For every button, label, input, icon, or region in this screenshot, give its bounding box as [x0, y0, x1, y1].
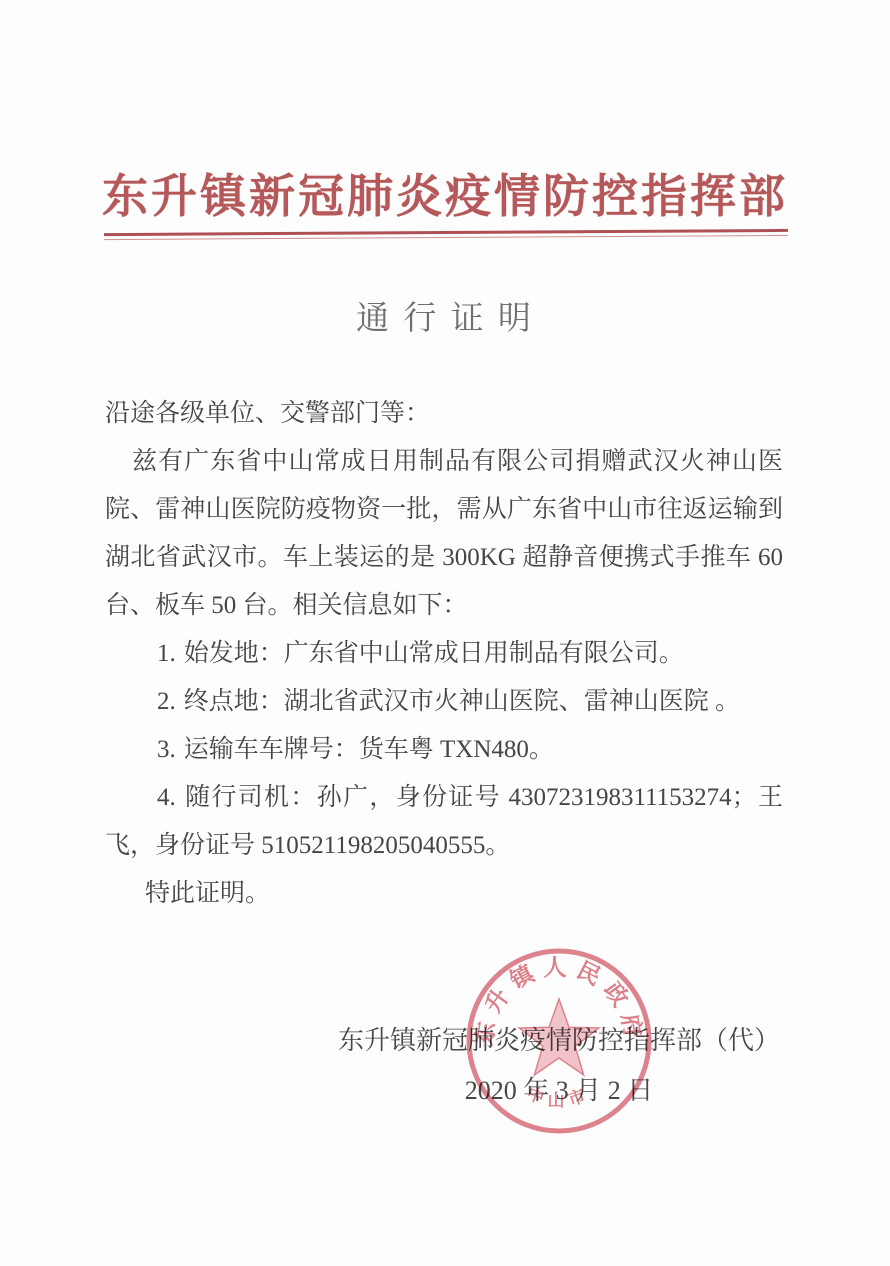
seal-graphic: 东升镇人民政府 中山市: [459, 941, 659, 1141]
item-text: 终点地：湖北省武汉市火神山医院、雷神山医院 。: [184, 688, 740, 715]
document-body: 沿途各级单位、交警部门等： 兹有广东省中山常成日用制品有限公司捐赠武汉火神山医院…: [105, 390, 783, 918]
list-item: 4.随行司机：孙广，身份证号 430723198311153274；王飞，身份证…: [105, 774, 783, 870]
salutation-line: 沿途各级单位、交警部门等：: [105, 390, 783, 438]
list-item: 2.终点地：湖北省武汉市火神山医院、雷神山医院 。: [105, 678, 783, 726]
item-number: 3.: [157, 736, 176, 763]
item-text: 随行司机：孙广，身份证号 430723198311153274；王飞，身份证号 …: [105, 784, 783, 859]
seal-bottom-text: 中山市: [524, 1083, 593, 1110]
star-icon: [519, 999, 599, 1075]
letterhead-title: 东升镇新冠肺炎疫情防控指挥部: [0, 160, 890, 226]
document-page: 东升镇新冠肺炎疫情防控指挥部 通 行 证 明 沿途各级单位、交警部门等： 兹有广…: [0, 0, 890, 1266]
item-text: 运输车车牌号：货车粤 TXN480。: [184, 736, 554, 763]
svg-text:中山市: 中山市: [524, 1083, 593, 1110]
official-seal: 东升镇人民政府 中山市: [459, 941, 659, 1141]
item-number: 1.: [157, 640, 176, 667]
item-number: 4.: [157, 784, 176, 811]
document-title: 通 行 证 明: [0, 292, 890, 339]
list-item: 3.运输车车牌号：货车粤 TXN480。: [105, 726, 783, 774]
item-number: 2.: [157, 688, 176, 715]
intro-paragraph: 兹有广东省中山常成日用制品有限公司捐赠武汉火神山医院、雷神山医院防疫物资一批，需…: [105, 438, 783, 630]
letterhead-rule: [104, 229, 788, 240]
item-text: 始发地：广东省中山常成日用制品有限公司。: [184, 640, 684, 667]
closing-line: 特此证明。: [105, 870, 783, 918]
list-item: 1.始发地：广东省中山常成日用制品有限公司。: [105, 630, 783, 678]
